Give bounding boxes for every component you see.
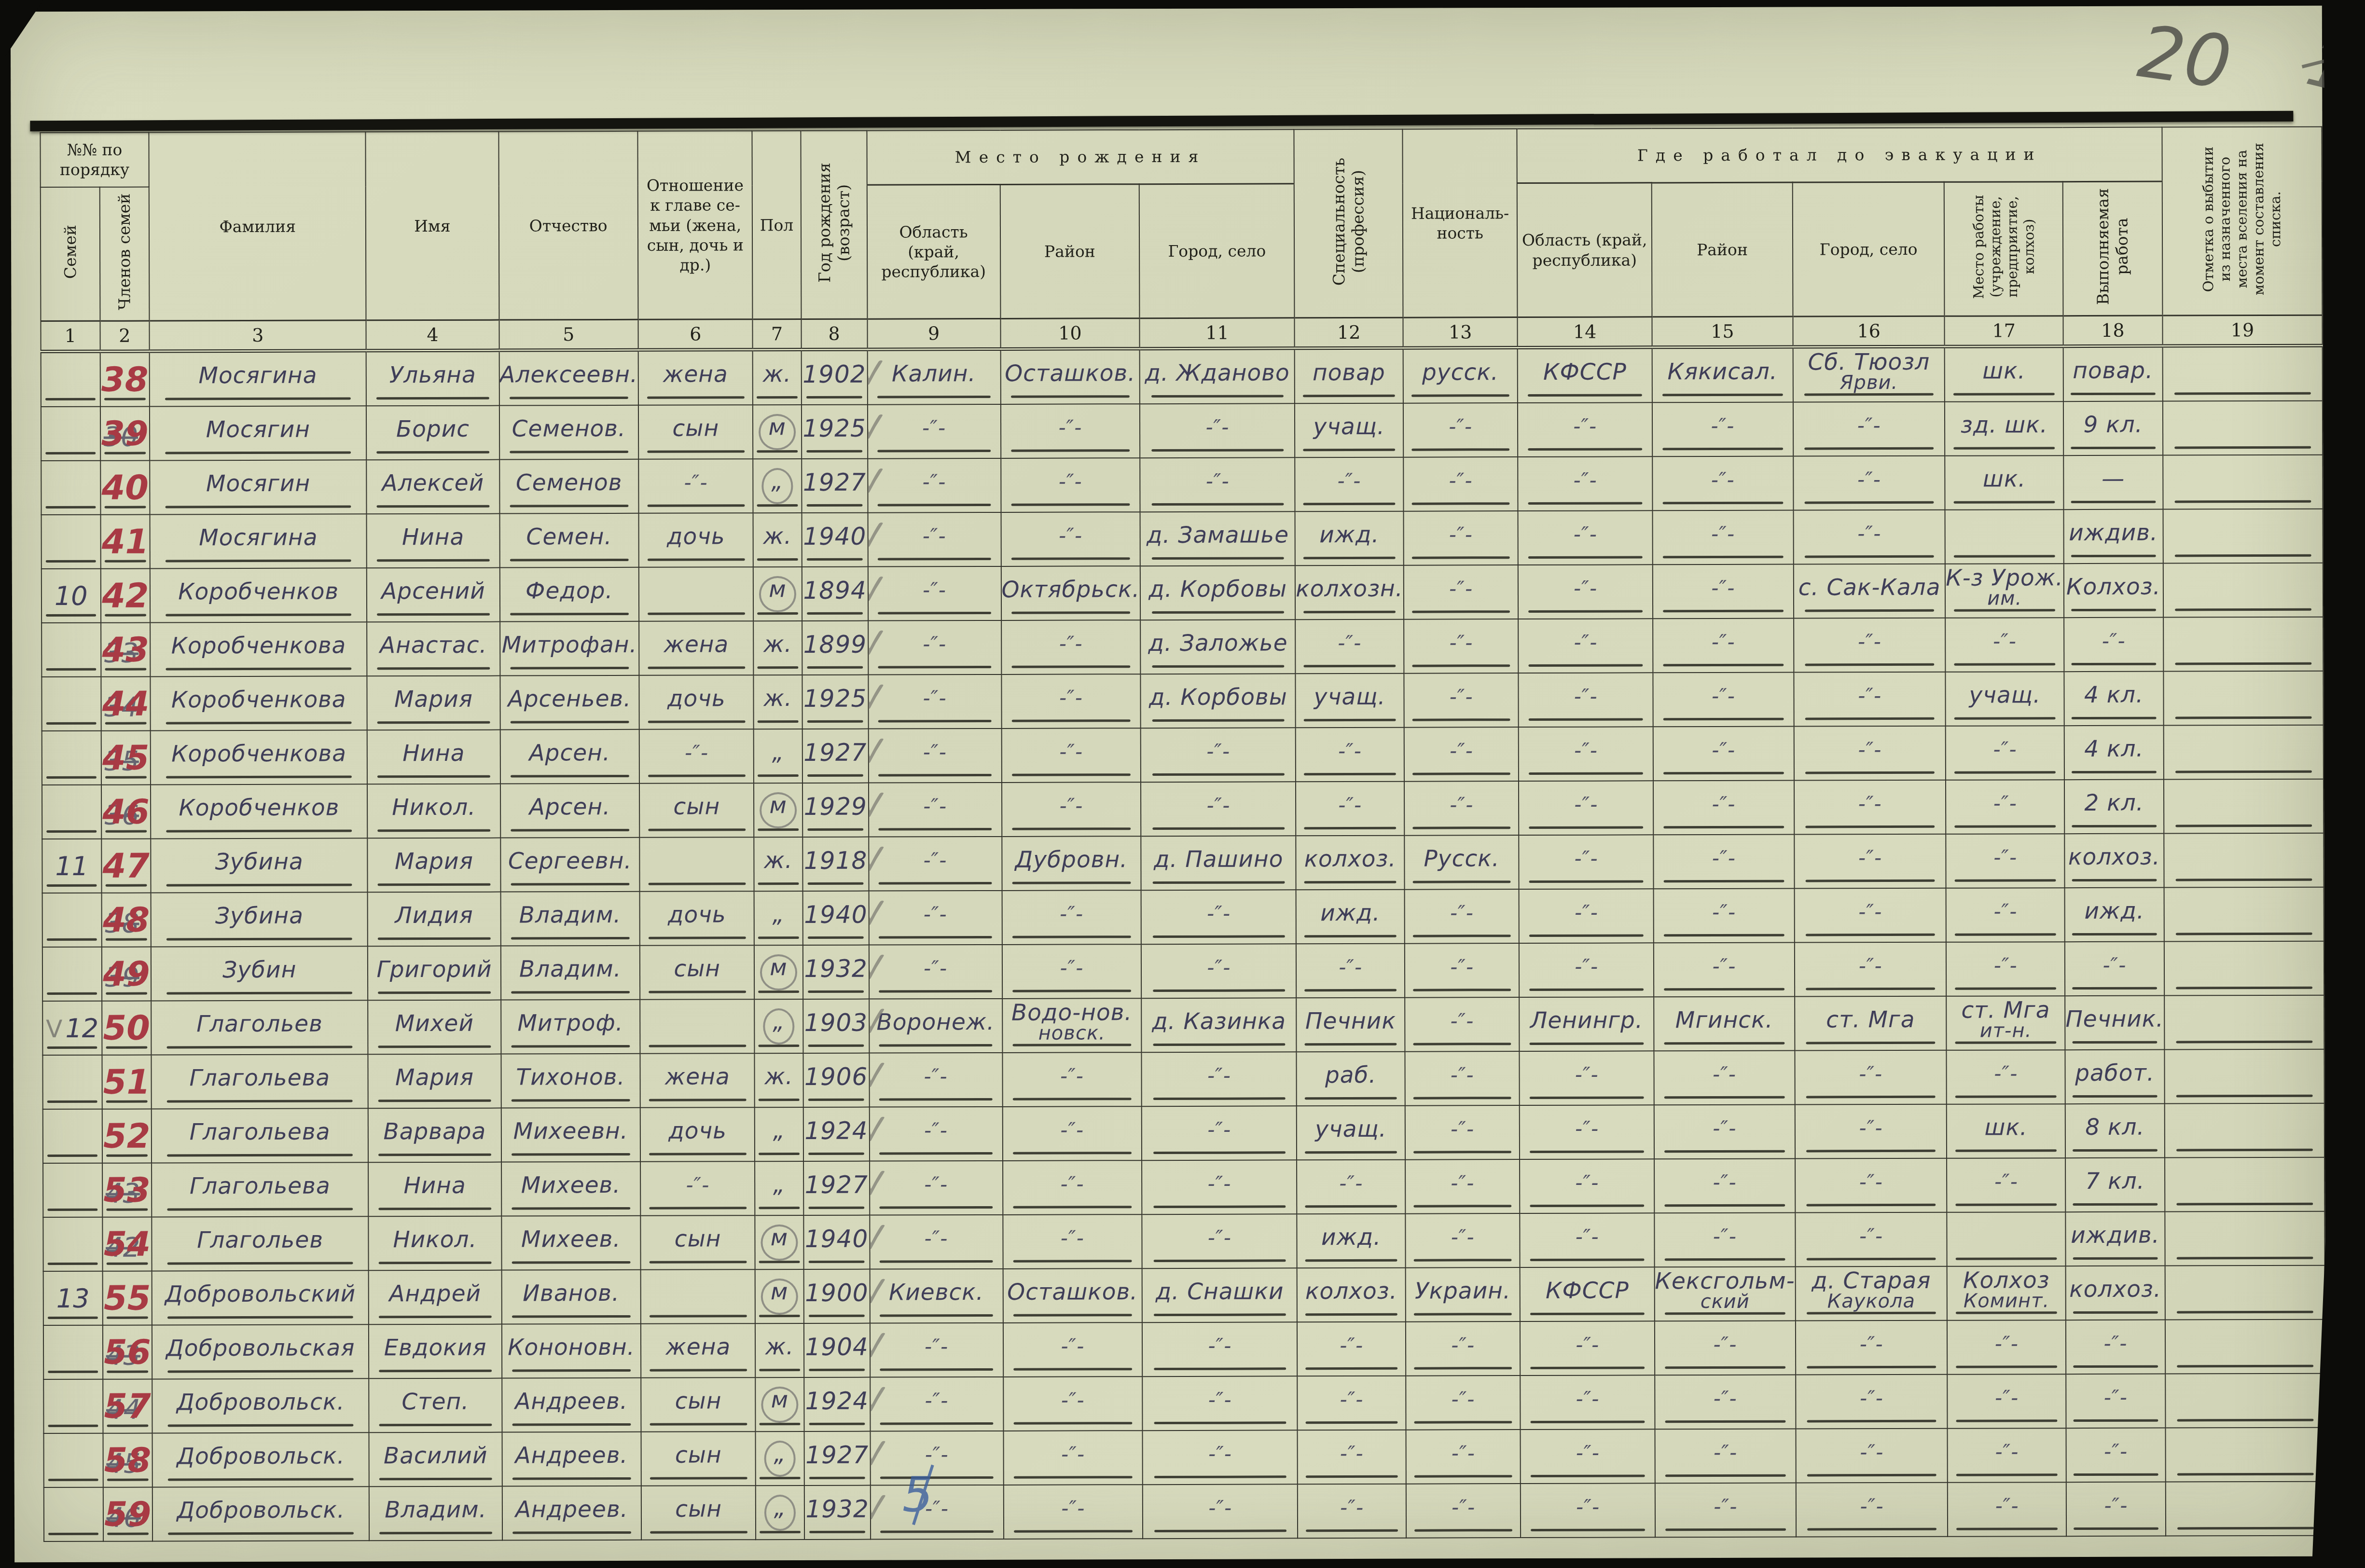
column-number: 18 bbox=[2063, 316, 2163, 346]
header-work-group: Где работал до эвакуации bbox=[1517, 127, 2162, 183]
table-row: 4353ГлагольеваНинаМихеев.-″-„1927✓-″--″-… bbox=[43, 1157, 2324, 1217]
pencil-check-mark: ✓ bbox=[868, 729, 889, 783]
cell-member-no: 3848 bbox=[101, 893, 151, 947]
member-number-red: 38 bbox=[101, 360, 149, 399]
cell-relation: сын bbox=[641, 1377, 756, 1432]
cell-work-city: -″- bbox=[1795, 942, 1947, 997]
cell-patronymic: Тихонов. bbox=[501, 1054, 640, 1108]
cell-relation: дочь bbox=[639, 513, 754, 567]
cell-nationality: -″- bbox=[1404, 565, 1519, 619]
cell-work-district: -″- bbox=[1653, 889, 1794, 943]
column-number: 4 bbox=[366, 320, 499, 351]
cell-work-done: -″- bbox=[2064, 618, 2163, 672]
cell-work-region: -″- bbox=[1519, 727, 1653, 782]
cell-sex: „ bbox=[756, 1431, 804, 1485]
cell-family-no bbox=[42, 731, 101, 785]
cell-nationality: Украин. bbox=[1405, 1267, 1520, 1322]
cell-birth-city: -″- bbox=[1140, 404, 1295, 458]
cell-work-district: -″- bbox=[1655, 1483, 1796, 1538]
cell-sex: м bbox=[755, 1269, 804, 1323]
column-number: 16 bbox=[1793, 316, 1945, 347]
cell-birth-region: ✓-″- bbox=[867, 404, 1000, 459]
cell-relation: жена bbox=[640, 1053, 755, 1108]
cell-work-place: зд. шк. bbox=[1945, 401, 2063, 456]
cell-member-no: 4353 bbox=[102, 1163, 152, 1217]
cell-birth-year: 1940 bbox=[802, 513, 868, 567]
cell-member-no: 3949 bbox=[101, 947, 151, 1001]
cell-work-district: Кякисал. bbox=[1652, 347, 1793, 402]
cell-relation bbox=[641, 1269, 756, 1324]
cell-work-region: -″- bbox=[1519, 835, 1654, 890]
cell-birth-region: ✓Воронеж. bbox=[869, 999, 1002, 1053]
cell-nationality: -″- bbox=[1404, 727, 1519, 782]
header-work-city: Город, село bbox=[1793, 182, 1945, 316]
cell-member-no: 42 bbox=[100, 569, 150, 623]
header-work-done: Выполняемая работа bbox=[2063, 181, 2162, 316]
pencil-circle: „ bbox=[764, 1495, 796, 1531]
pencil-check-mark: ✓ bbox=[868, 458, 889, 512]
table-row: 4254ГлагольевНикол.Михеев.сынм1940✓-″--″… bbox=[43, 1211, 2324, 1271]
cell-birth-district: -″- bbox=[1001, 782, 1141, 837]
table-row: 4659Добровольск.Владим.Андреев.сын„1932✓… bbox=[44, 1482, 2325, 1541]
cell-sex: ж. bbox=[753, 513, 802, 567]
cell-specialty: раб. bbox=[1297, 1052, 1405, 1106]
cell-nationality: -″- bbox=[1406, 1430, 1521, 1484]
cell-patronymic: Митроф. bbox=[501, 1000, 640, 1054]
cell-work-done: 4 кл. bbox=[2064, 726, 2164, 780]
cell-work-district: -″- bbox=[1653, 564, 1794, 619]
cell-note bbox=[2165, 1157, 2325, 1212]
cell-work-done: ижд. bbox=[2065, 888, 2164, 942]
table-row: 3444КоробченковаМарияАрсеньев.дочьж.1925… bbox=[41, 671, 2323, 731]
cell-name: Анастас. bbox=[367, 622, 500, 676]
cell-patronymic: Митрофан. bbox=[500, 621, 639, 676]
cell-work-place: -″- bbox=[1946, 888, 2065, 942]
table-row: 38МосягинаУльянаАлексеевн.женаж.1902✓Кал… bbox=[41, 345, 2323, 407]
pencil-check-mark: ✓ bbox=[868, 783, 889, 837]
cell-family-no: 10 bbox=[41, 569, 101, 623]
cell-birth-year: 1932 bbox=[803, 945, 869, 999]
scanned-page: 20 18 №№ по порядку Фамилия Имя О bbox=[0, 0, 2365, 1568]
cell-specialty: учащ. bbox=[1297, 1106, 1405, 1160]
cell-name: Борис bbox=[366, 406, 499, 460]
cell-family-no: 11 bbox=[42, 839, 101, 893]
table-row: 1042КоробченковАрсенийФедор.м1894✓-″-Окт… bbox=[41, 563, 2323, 623]
cell-work-place: -″- bbox=[1946, 834, 2065, 888]
cell-relation: дочь bbox=[639, 675, 754, 729]
cell-birth-region: ✓-″- bbox=[869, 891, 1002, 945]
table-row: 40МосягинАлексейСеменов-″-„1927✓-″--″--″… bbox=[41, 455, 2323, 515]
cell-patronymic: Иванов. bbox=[501, 1270, 641, 1324]
cell-family-no bbox=[43, 1163, 102, 1217]
cell-work-city: -″- bbox=[1794, 618, 1946, 673]
cell-surname: Коробченкова bbox=[150, 622, 367, 677]
header-relation: Отношение к главе се­мьи (жена, сын, доч… bbox=[638, 131, 753, 319]
cell-work-region: -″- bbox=[1520, 1213, 1655, 1268]
cell-work-place: -″- bbox=[1947, 1050, 2065, 1104]
member-number-red: 40 bbox=[101, 468, 149, 508]
pencil-check-mark: ✓ bbox=[867, 349, 888, 404]
cell-note bbox=[2162, 345, 2323, 401]
cell-relation bbox=[639, 837, 754, 892]
cell-work-done: колхоз. bbox=[2064, 834, 2164, 888]
cell-work-region: -″- bbox=[1521, 1430, 1655, 1484]
table-row: 3039МосягинБорисСеменов.сынм1925✓-″--″--… bbox=[41, 401, 2323, 461]
cell-surname: Коробченкова bbox=[150, 676, 367, 731]
cell-birth-region: ✓-″- bbox=[869, 945, 1002, 999]
cell-work-city: -″- bbox=[1796, 1483, 1948, 1537]
table-row: 51ГлагольеваМарияТихонов.женаж.1906✓-″--… bbox=[42, 1049, 2324, 1109]
cell-name: Ульяна bbox=[366, 350, 499, 406]
cell-birth-region: ✓-″- bbox=[869, 1107, 1002, 1161]
cell-work-place: -″- bbox=[1948, 1428, 2066, 1483]
cell-work-region: -″- bbox=[1521, 1484, 1655, 1538]
table-header: №№ по порядку Фамилия Имя Отчество Отнош… bbox=[40, 127, 2322, 352]
cell-birth-region: ✓-″- bbox=[870, 1377, 1003, 1431]
header-work-district: Район bbox=[1652, 182, 1793, 317]
column-number: 19 bbox=[2162, 315, 2322, 346]
cell-member-no: 3444 bbox=[101, 677, 151, 731]
cell-surname: Глагольева bbox=[152, 1163, 369, 1217]
header-sex: Пол bbox=[752, 131, 801, 319]
cell-family-no: V12 bbox=[42, 1001, 102, 1055]
cell-nationality: -″- bbox=[1406, 1484, 1521, 1538]
cell-specialty: -″- bbox=[1296, 619, 1404, 674]
cell-work-city: -″- bbox=[1793, 456, 1945, 510]
header-patronymic: Отчество bbox=[498, 131, 638, 320]
pencil-check-mark: ✓ bbox=[870, 1377, 891, 1431]
cell-surname: Добровольск. bbox=[152, 1433, 370, 1487]
cell-sex: ж. bbox=[755, 1053, 803, 1107]
cell-birth-region: ✓-″- bbox=[868, 674, 1001, 729]
cell-relation: -″- bbox=[640, 1161, 755, 1216]
cell-birth-city: -″- bbox=[1142, 1106, 1297, 1161]
cell-birth-city: -″- bbox=[1142, 1376, 1297, 1431]
cell-work-district: -″- bbox=[1653, 835, 1794, 889]
cell-family-no: 13 bbox=[43, 1271, 103, 1325]
cell-relation: сын bbox=[640, 1215, 755, 1270]
cell-work-place bbox=[1945, 509, 2064, 564]
cell-surname: Коробченков bbox=[151, 784, 368, 839]
header-family-no: Семей bbox=[41, 187, 100, 321]
cell-sex: „ bbox=[753, 459, 802, 513]
cell-birth-year: 1929 bbox=[802, 783, 869, 837]
cell-patronymic: Михеев. bbox=[501, 1216, 641, 1270]
cell-note bbox=[2164, 1103, 2324, 1158]
member-number-red: 57 bbox=[104, 1387, 151, 1426]
cell-sex: „ bbox=[754, 891, 803, 945]
cell-patronymic: Михеев. bbox=[501, 1162, 641, 1216]
cell-name: Лидия bbox=[368, 892, 500, 947]
cell-note bbox=[2165, 1374, 2325, 1428]
cell-patronymic: Семенов. bbox=[499, 405, 638, 460]
cell-birth-district: -″- bbox=[1003, 1376, 1143, 1431]
cell-birth-year: 1900 bbox=[803, 1269, 870, 1323]
cell-patronymic: Семен. bbox=[499, 513, 639, 568]
cell-birth-city: -″- bbox=[1142, 1322, 1297, 1377]
column-number: 8 bbox=[801, 319, 867, 349]
cell-work-place: -″- bbox=[1946, 780, 2064, 834]
cell-birth-city: -″- bbox=[1142, 1052, 1297, 1107]
cell-note bbox=[2163, 671, 2324, 726]
cell-birth-region: ✓-″- bbox=[869, 837, 1002, 891]
cell-work-district: -″- bbox=[1655, 1429, 1796, 1484]
pencil-check-mark: ✓ bbox=[869, 1107, 890, 1161]
cell-member-no: 52 bbox=[102, 1109, 152, 1163]
cell-birth-region: ✓-″- bbox=[868, 729, 1001, 783]
cell-birth-city: -″- bbox=[1141, 944, 1296, 999]
cell-specialty: -″- bbox=[1297, 1160, 1405, 1214]
cell-birth-year: 1924 bbox=[804, 1377, 870, 1431]
cell-work-city: -″- bbox=[1796, 1429, 1948, 1483]
cell-note bbox=[2165, 1320, 2325, 1374]
header-order-group: №№ по порядку bbox=[40, 133, 149, 187]
cell-birth-district: -″- bbox=[1003, 1322, 1142, 1377]
cell-work-done: иждив. bbox=[2064, 509, 2163, 564]
table-body: 38МосягинаУльянаАлексеевн.женаж.1902✓Кал… bbox=[41, 345, 2325, 1541]
cell-sex: ж. bbox=[755, 1323, 804, 1377]
cell-name: Владим. bbox=[369, 1486, 502, 1541]
cell-patronymic: Михеевн. bbox=[501, 1108, 640, 1162]
cell-note bbox=[2165, 1265, 2325, 1320]
cell-work-district: -″- bbox=[1652, 456, 1793, 511]
pencil-check-mark: ✓ bbox=[867, 404, 888, 458]
table-row: 1147ЗубинаМарияСергеевн.ж.1918✓-″-Дубров… bbox=[42, 833, 2324, 893]
cell-nationality: -″- bbox=[1405, 997, 1520, 1052]
column-number: 10 bbox=[1000, 318, 1140, 349]
cell-name: Василий bbox=[369, 1432, 502, 1487]
cell-sex: ж. bbox=[753, 621, 802, 675]
cell-birth-year: 1927 bbox=[804, 1431, 870, 1485]
cell-nationality: Русск. bbox=[1404, 835, 1519, 890]
member-number-red: 59 bbox=[104, 1495, 152, 1534]
cell-work-done: 8 кл. bbox=[2065, 1104, 2165, 1158]
member-number-red: 52 bbox=[103, 1116, 151, 1156]
cell-birth-year: 1925 bbox=[802, 675, 868, 729]
cell-work-city: -″- bbox=[1793, 510, 1945, 564]
cell-sex: м bbox=[754, 783, 802, 837]
cell-sex: м bbox=[753, 405, 802, 459]
cell-patronymic: Кононовн. bbox=[501, 1324, 641, 1378]
cell-work-place: -″- bbox=[1946, 942, 2065, 996]
cell-sex: ж. bbox=[754, 837, 803, 891]
cell-work-city: -″- bbox=[1795, 1212, 1947, 1267]
cell-birth-year: 1903 bbox=[803, 999, 869, 1053]
cell-sex: м bbox=[754, 945, 803, 999]
cell-patronymic: Федор. bbox=[499, 567, 639, 622]
cell-surname: Глагольева bbox=[152, 1109, 369, 1163]
cell-patronymic: Владим. bbox=[500, 892, 640, 946]
cell-specialty: ижд. bbox=[1295, 511, 1404, 566]
cell-nationality: -″- bbox=[1406, 1375, 1521, 1430]
cell-specialty: ижд. bbox=[1297, 1214, 1406, 1268]
cell-note bbox=[2163, 725, 2324, 780]
pencil-check-mark: ✓ bbox=[868, 674, 889, 729]
cell-work-done: работ. bbox=[2065, 1050, 2165, 1104]
cell-name: Евдокия bbox=[369, 1324, 501, 1379]
cell-name: Варвара bbox=[368, 1108, 501, 1163]
cell-birth-city: д. Казинка bbox=[1141, 998, 1296, 1053]
cell-note bbox=[2166, 1482, 2326, 1536]
cell-note bbox=[2163, 563, 2324, 618]
member-number-red: 47 bbox=[102, 846, 150, 886]
member-number-red: 53 bbox=[103, 1170, 151, 1210]
cell-birth-city: д. Жданово bbox=[1140, 348, 1295, 404]
cell-specialty: Печник bbox=[1297, 998, 1405, 1052]
cell-birth-district: -″- bbox=[1002, 1106, 1142, 1161]
cell-sex: м bbox=[753, 567, 802, 621]
cell-specialty: повар bbox=[1295, 348, 1403, 403]
cell-birth-city: д. Корбовы bbox=[1141, 674, 1296, 729]
table-row: 3646КоробченковНикол.Арсен.сынм1929✓-″--… bbox=[42, 779, 2324, 839]
cell-family-no bbox=[43, 1109, 102, 1163]
cell-member-no: 51 bbox=[102, 1055, 152, 1109]
cell-work-done: -″- bbox=[2065, 942, 2164, 996]
cell-work-done: иждив. bbox=[2065, 1212, 2165, 1266]
cell-work-district: -″- bbox=[1654, 1213, 1795, 1267]
cell-work-place: -″- bbox=[1947, 1158, 2065, 1212]
cell-sex: „ bbox=[754, 999, 803, 1053]
cell-birth-region: ✓Калин. bbox=[867, 349, 1000, 405]
cell-specialty: колхоз. bbox=[1296, 836, 1405, 890]
cell-note bbox=[2164, 887, 2324, 942]
cell-nationality: -″- bbox=[1403, 403, 1518, 457]
cell-work-district: -″- bbox=[1654, 1159, 1795, 1213]
cell-note bbox=[2164, 995, 2324, 1050]
cell-family-no bbox=[42, 785, 101, 839]
cell-specialty: -″- bbox=[1296, 944, 1405, 998]
column-number: 3 bbox=[149, 320, 366, 351]
cell-nationality: -″- bbox=[1403, 511, 1518, 565]
table-row: 4457Добровольск.Степ.Андреев.сынм1924✓-″… bbox=[43, 1374, 2325, 1433]
cell-family-no bbox=[41, 407, 100, 461]
cell-birth-region: ✓-″- bbox=[870, 1215, 1003, 1269]
cell-birth-year: 1927 bbox=[802, 459, 868, 513]
cell-work-done: — bbox=[2063, 455, 2163, 510]
cell-name: Нина bbox=[367, 730, 500, 784]
pencil-check-mark: ✓ bbox=[869, 891, 890, 945]
column-number: 13 bbox=[1403, 317, 1518, 348]
table-row: 3343КоробченковаАнастас.Митрофан.женаж.1… bbox=[41, 617, 2323, 677]
cell-work-done: 7 кл. bbox=[2065, 1158, 2165, 1212]
cell-name: Нина bbox=[367, 514, 499, 568]
family-number: 11 bbox=[55, 851, 88, 881]
cell-work-city: -″- bbox=[1793, 402, 1945, 456]
cell-birth-district: Осташков. bbox=[1003, 1268, 1142, 1323]
cell-relation: жена bbox=[639, 621, 754, 675]
cell-birth-district: -″- bbox=[1002, 890, 1141, 945]
pencil-circle: „ bbox=[763, 1008, 795, 1045]
cell-name: Алексей bbox=[367, 460, 499, 514]
cell-birth-city: -″- bbox=[1143, 1485, 1298, 1539]
column-number: 6 bbox=[638, 319, 753, 350]
evacuee-register-table: №№ по порядку Фамилия Имя Отчество Отнош… bbox=[40, 126, 2326, 1542]
member-number-red: 49 bbox=[103, 954, 150, 994]
cell-patronymic: Арсеньев. bbox=[500, 675, 639, 730]
cell-note bbox=[2164, 941, 2324, 996]
cell-nationality: -″- bbox=[1405, 1159, 1520, 1214]
cell-relation: -″- bbox=[638, 459, 753, 514]
cell-family-no bbox=[41, 352, 100, 407]
cell-name: Григорий bbox=[368, 946, 500, 1001]
cell-sex: м bbox=[755, 1215, 804, 1269]
table-row: 52ГлагольеваВарвараМихеевн.дочь„1924✓-″-… bbox=[43, 1103, 2324, 1163]
cell-relation: сын bbox=[639, 783, 754, 838]
family-number: 10 bbox=[55, 581, 88, 611]
header-name: Имя bbox=[366, 132, 499, 320]
cell-work-district: -″- bbox=[1654, 943, 1795, 997]
cell-surname: Добровольская bbox=[152, 1325, 369, 1379]
cell-work-region: -″- bbox=[1519, 943, 1654, 998]
cell-relation: сын bbox=[638, 405, 753, 460]
cell-family-no bbox=[41, 461, 100, 515]
cell-name: Нина bbox=[369, 1162, 501, 1217]
cell-specialty: -″- bbox=[1296, 782, 1404, 836]
cell-work-district: -″- bbox=[1655, 1375, 1796, 1430]
cell-sex: „ bbox=[756, 1485, 804, 1540]
cell-work-done: 2 кл. bbox=[2064, 780, 2164, 834]
cell-nationality: -″- bbox=[1405, 1105, 1520, 1160]
cell-birth-district: Октябрьск. bbox=[1001, 566, 1140, 620]
header-surname: Фамилия bbox=[149, 132, 366, 321]
cell-family-no bbox=[43, 1325, 103, 1379]
pencil-circle: м bbox=[759, 576, 796, 612]
cell-work-place: шк. bbox=[1947, 1104, 2065, 1158]
pencil-check-mark: ✓ bbox=[869, 945, 890, 999]
cell-birth-city: -″- bbox=[1143, 1430, 1298, 1485]
cell-name: Арсений bbox=[367, 568, 499, 622]
cell-surname: Добровольский bbox=[152, 1271, 369, 1325]
table-row: 3848ЗубинаЛидияВладим.дочь„1940✓-″--″--″… bbox=[42, 887, 2324, 947]
member-number-red: 48 bbox=[103, 900, 150, 940]
member-number-red: 51 bbox=[103, 1062, 151, 1102]
cell-birth-region: ✓-″- bbox=[868, 566, 1001, 621]
cell-patronymic: Владим. bbox=[500, 946, 640, 1000]
pencil-check-mark: ✓ bbox=[868, 512, 889, 566]
pencil-check-mark: ✓ bbox=[868, 620, 889, 674]
cell-birth-city: -″- bbox=[1141, 890, 1296, 945]
cell-work-place: шк. bbox=[1945, 455, 2064, 510]
cell-birth-district: -″- bbox=[1000, 404, 1140, 458]
pencil-circle: м bbox=[760, 954, 797, 990]
column-number: 2 bbox=[100, 321, 150, 351]
cell-work-district: -″- bbox=[1653, 619, 1794, 673]
pencil-check-mark: ✓ bbox=[870, 1215, 891, 1269]
cell-work-region: -″- bbox=[1520, 1105, 1654, 1160]
table-row: V1250ГлагольевМихейМитроф.„1903✓Воронеж.… bbox=[42, 995, 2324, 1055]
member-number-red: 44 bbox=[102, 684, 150, 724]
cell-note bbox=[2165, 1428, 2325, 1482]
cell-work-done: повар. bbox=[2063, 346, 2163, 401]
cell-specialty: -″- bbox=[1295, 457, 1404, 512]
cell-member-no: 50 bbox=[102, 1001, 152, 1055]
cell-work-region: КФССР bbox=[1518, 347, 1652, 403]
cell-work-region: -″- bbox=[1519, 889, 1654, 944]
cell-birth-district: -″- bbox=[1003, 1160, 1142, 1215]
cell-work-place: КолхозКоминт. bbox=[1947, 1266, 2066, 1320]
pencil-circle: м bbox=[760, 792, 797, 828]
cell-birth-region: ✓-″- bbox=[870, 1431, 1003, 1485]
cell-member-no: 3646 bbox=[101, 785, 151, 839]
cell-birth-city: -″- bbox=[1141, 728, 1296, 783]
cell-work-district: -″- bbox=[1653, 781, 1794, 835]
cell-surname: Мосягин bbox=[150, 460, 367, 515]
cell-name: Мария bbox=[368, 1054, 501, 1109]
cell-name: Никол. bbox=[367, 784, 500, 839]
cell-birth-district: -″- bbox=[1001, 674, 1141, 729]
cell-work-place: -″- bbox=[1945, 618, 2064, 672]
cell-work-done: колхоз. bbox=[2066, 1266, 2165, 1320]
